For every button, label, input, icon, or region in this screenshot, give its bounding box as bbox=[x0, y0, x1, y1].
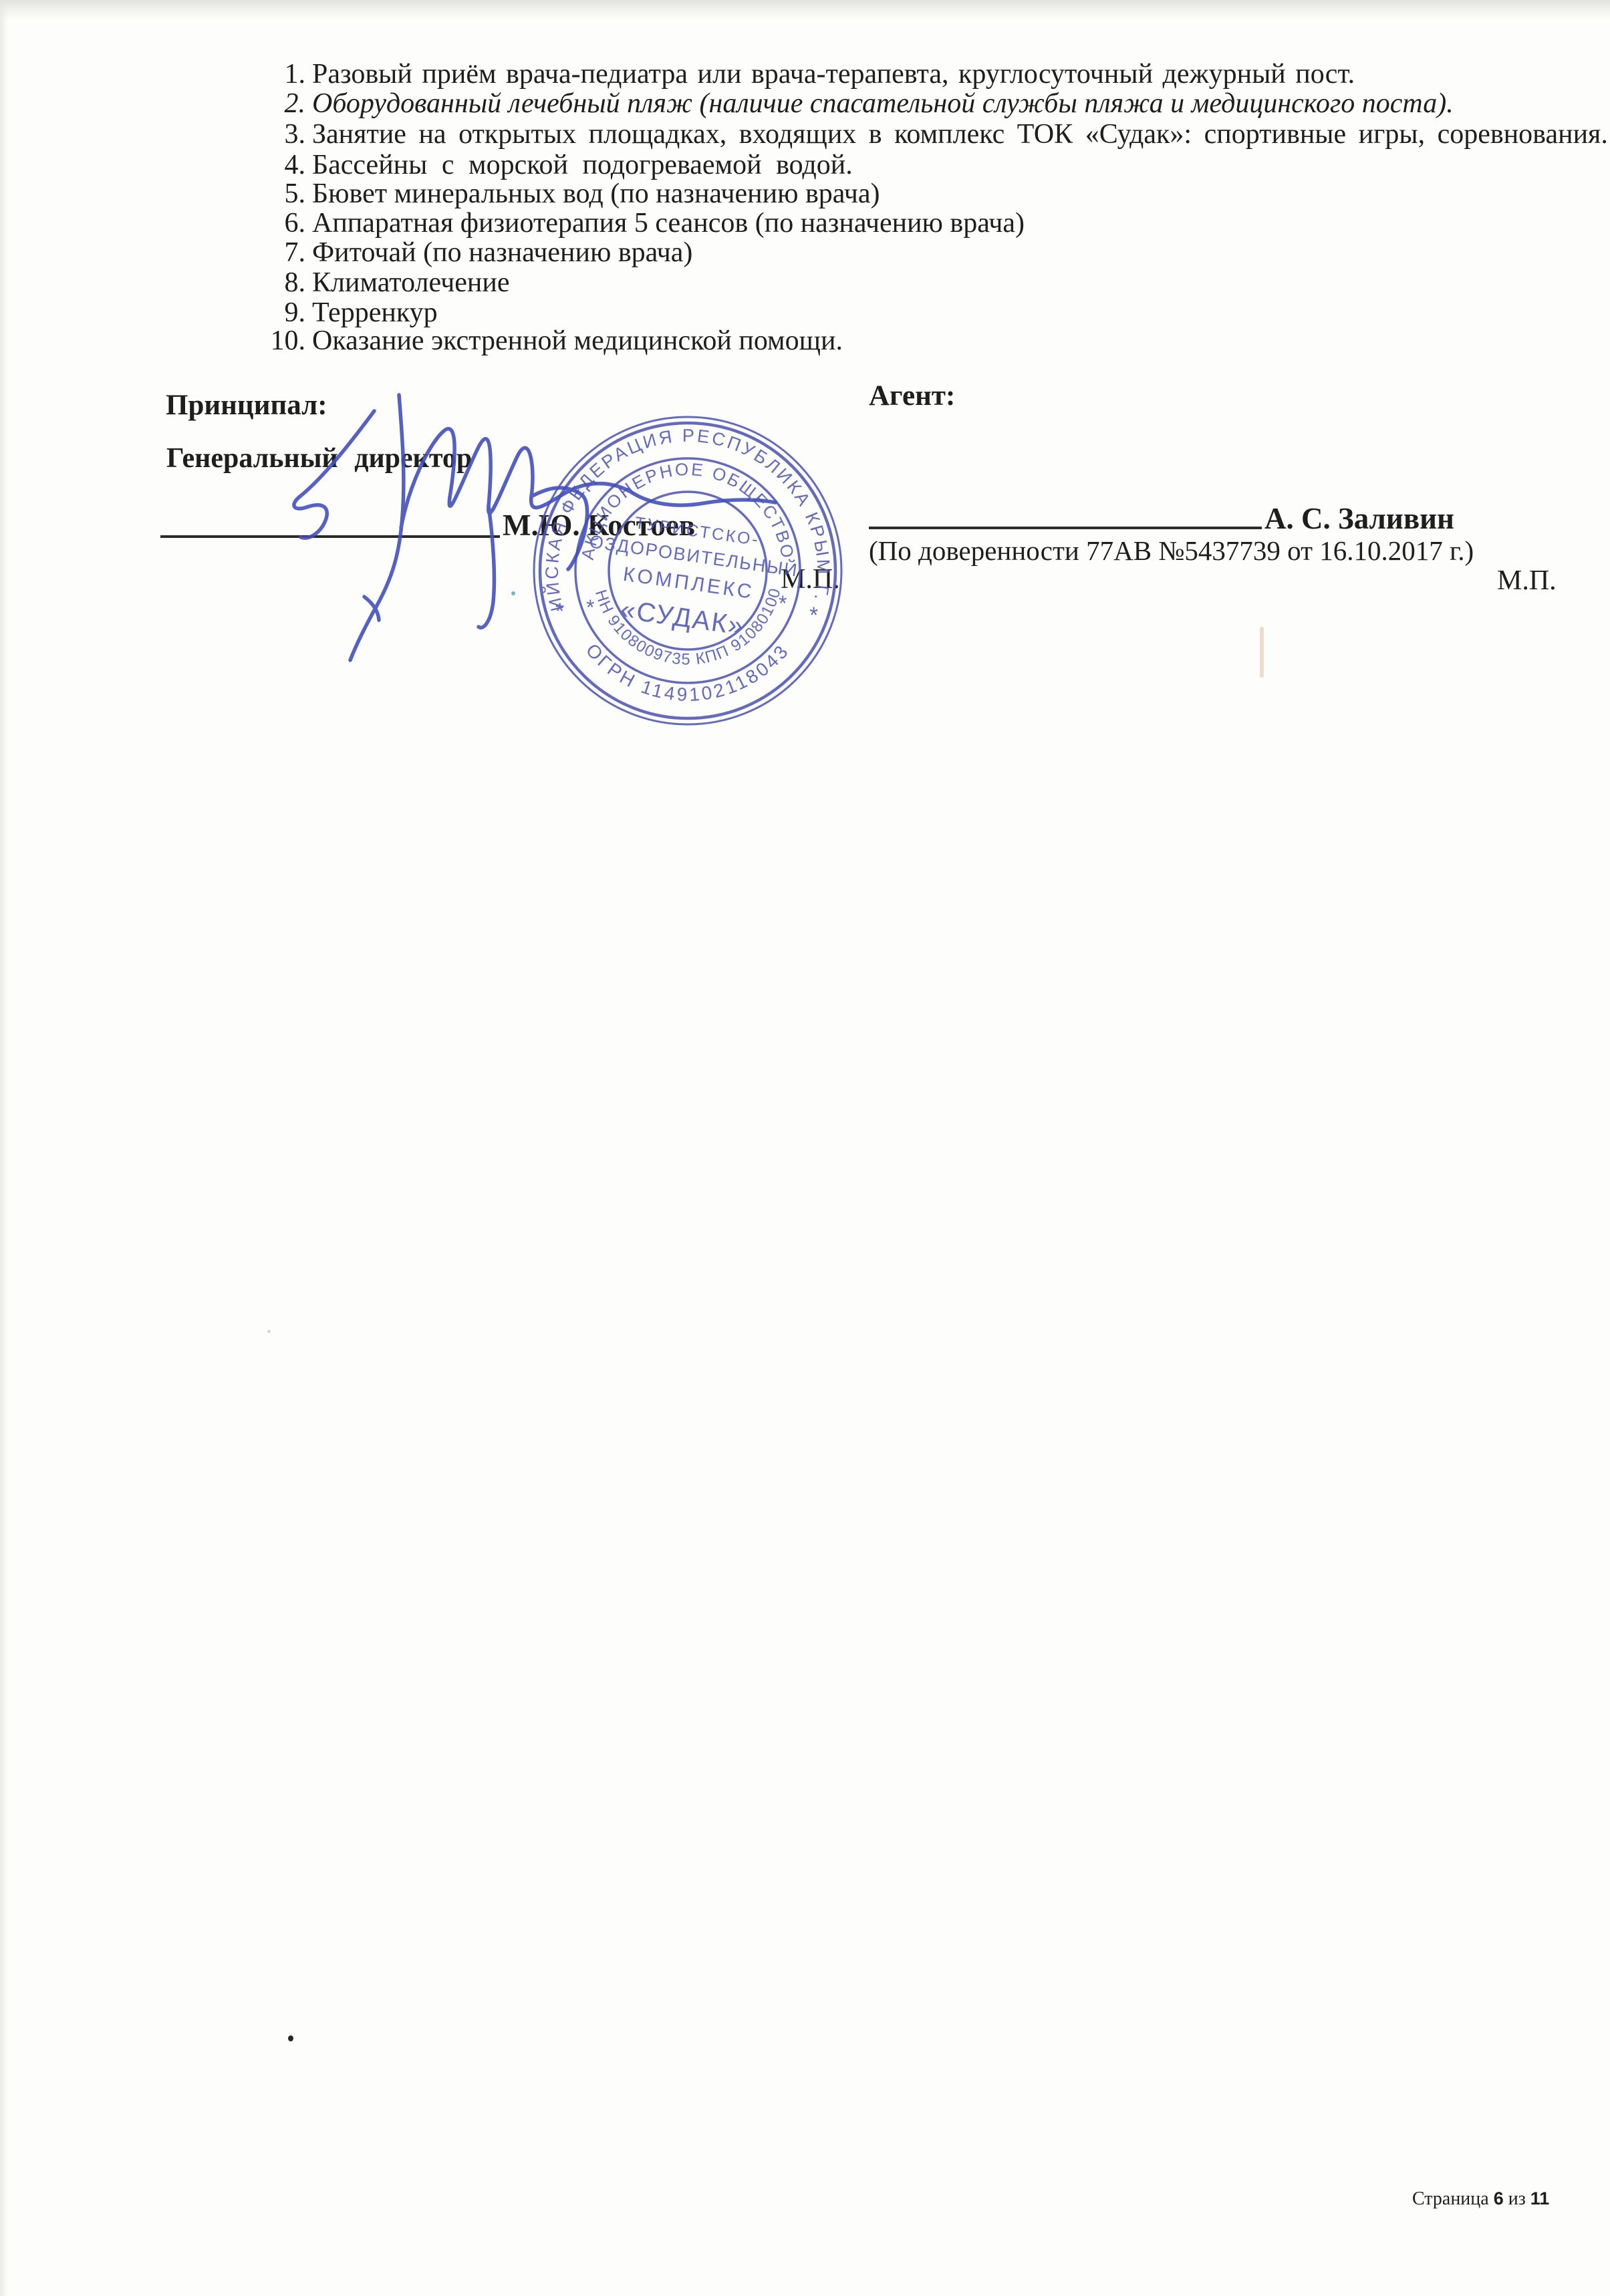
page-number-footer: Страница 6 из 11 bbox=[1412, 2188, 1549, 2210]
list-item-text: Аппаратная физиотерапия 5 сеансов (по на… bbox=[312, 208, 1025, 239]
list-item-text: Оказание экстренной медицинской помощи. bbox=[312, 325, 843, 356]
list-item-number: 5. bbox=[251, 178, 305, 209]
list-item: 2.Оборудованный лечебный пляж (наличие с… bbox=[251, 88, 1454, 119]
agent-seal-mark: М.П. bbox=[1497, 565, 1557, 597]
list-item: 5.Бювет минеральных вод (по назначению в… bbox=[251, 178, 880, 209]
page-of-word: из bbox=[1508, 2188, 1526, 2209]
list-item-text: Занятие на открытых площадках, входящих … bbox=[312, 119, 1608, 150]
ink-dot-speck bbox=[288, 2035, 293, 2041]
list-item-number: 2. bbox=[251, 88, 305, 119]
list-item: 1.Разовый приём врача-педиатра или врача… bbox=[251, 59, 1355, 90]
principal-handwritten-signature bbox=[254, 374, 815, 675]
agent-authority-note: (По доверенности 77АВ №5437739 от 16.10.… bbox=[869, 535, 1474, 567]
blue-dot-speck bbox=[511, 591, 515, 595]
list-item-number: 8. bbox=[251, 267, 305, 298]
list-item-number: 4. bbox=[251, 150, 305, 180]
list-item-text: Терренкур bbox=[312, 297, 438, 328]
current-page-number: 6 bbox=[1494, 2188, 1504, 2208]
scanned-contract-page: { "services_list": { "items": [ {"num": … bbox=[0, 0, 1610, 2296]
gray-speck bbox=[267, 1330, 271, 1333]
list-item-text: Бювет минеральных вод (по назначению вра… bbox=[312, 178, 880, 209]
list-item: 4.Бассейны с морской подогреваемой водой… bbox=[251, 150, 853, 180]
list-item-text: Фиточай (по назначению врача) bbox=[312, 237, 692, 268]
list-item: 10.Оказание экстренной медицинской помощ… bbox=[251, 325, 843, 356]
list-item-number: 6. bbox=[251, 208, 305, 239]
list-item: 9.Терренкур bbox=[251, 297, 438, 328]
list-item-number: 9. bbox=[251, 297, 305, 328]
list-item-text: Разовый приём врача-педиатра или врача-т… bbox=[312, 59, 1355, 90]
list-item: 7.Фиточай (по назначению врача) bbox=[251, 237, 692, 268]
agent-name: А. С. Заливин bbox=[1264, 501, 1454, 536]
list-item-number: 1. bbox=[251, 59, 305, 90]
list-item: 3.Занятие на открытых площадках, входящи… bbox=[251, 119, 1608, 150]
tan-smudge bbox=[1260, 627, 1264, 678]
scan-top-edge-shadow bbox=[0, 0, 1610, 20]
total-pages-number: 11 bbox=[1530, 2188, 1550, 2208]
list-item-text: Климатолечение bbox=[312, 267, 509, 298]
list-item-number: 10. bbox=[251, 325, 305, 356]
list-item: 6.Аппаратная физиотерапия 5 сеансов (по … bbox=[251, 208, 1025, 239]
list-item-number: 3. bbox=[251, 119, 305, 150]
agent-label: Агент: bbox=[869, 380, 955, 412]
list-item-number: 7. bbox=[251, 237, 305, 268]
list-item: 8.Климатолечение bbox=[251, 267, 509, 298]
scan-left-edge-shadow bbox=[0, 0, 8, 2296]
agent-signature-line bbox=[869, 527, 1262, 529]
page-label: Страница bbox=[1412, 2188, 1489, 2209]
list-item-text: Оборудованный лечебный пляж (наличие спа… bbox=[312, 88, 1454, 119]
list-item-text: Бассейны с морской подогреваемой водой. bbox=[312, 150, 853, 180]
